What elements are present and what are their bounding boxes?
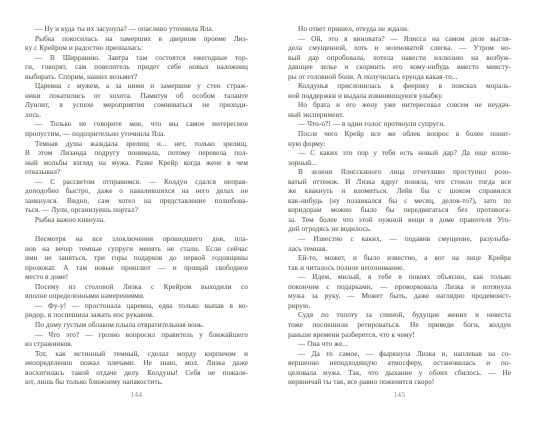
text-line: После чего Крейр все же облек вопрос в б… [288, 129, 511, 139]
text-line: — Что-о?! — в один голос протянули супру… [288, 119, 511, 129]
text-line: рирую. [288, 301, 511, 311]
text-line: ридор, и поспешила зажать нос рукавом. [25, 310, 248, 320]
text-line: Судя по топоту за спиной, будущие жених … [288, 310, 511, 320]
text-line: В зелени Ялисскиного лица отчетливо прос… [288, 167, 511, 177]
book-spread-scan: — Ну и куда ты их засунула? — опасливо у… [0, 0, 533, 424]
text-line: Рыбка важно кивнула. [25, 215, 248, 225]
text-line: — С каких это пор у тебя есть новый дар?… [288, 148, 511, 158]
text-line: — Да то самое, — фыркнула Лизка и, напле… [288, 349, 511, 359]
text-line: Рыбка покосилась на замерших в дверном п… [25, 34, 248, 44]
text-line: неопределенно пожал плечами. Не знаю, мо… [25, 358, 248, 368]
text-line: — Она что же... [288, 339, 511, 349]
text-line: пролежат. А там новые пришлют — и прощай… [25, 263, 248, 273]
text-line: ги, говорят, сам повелитель придет себе … [25, 62, 248, 72]
text-line: коридорам можно было бы передвигаться бе… [288, 205, 511, 215]
text-line: Ей-то, может, и было известно, а вот на … [288, 253, 511, 263]
text-line: дела смущенной, хоть и зеленоватой слегк… [288, 43, 511, 53]
text-line: лась темная. [288, 244, 511, 254]
text-line: ную форму: [288, 139, 511, 149]
text-line: доподобно быстро, даже о навалившихся на… [25, 186, 248, 196]
text-line: — Известно с каких, — подавив смущение, … [288, 234, 511, 244]
text-line: — В Ширранию. Завтра там состоятся ежего… [25, 53, 248, 63]
text-line: — Только не говорите мне, что мы самое и… [25, 119, 248, 129]
text-line: ры от головной боли. А получилась ерунда… [288, 72, 511, 82]
text-line: — Ой, это я виновата? — Ялисса на самом … [288, 34, 511, 44]
text-line: раньше времени разберется, что к чему! [288, 330, 511, 340]
text-line: выбирать. Спорим, наших возьмет? [25, 72, 248, 82]
right-page-text: Но ответ пришел, откуда не ждали.— Ой, э… [288, 24, 511, 387]
text-line: нов на вечер темные супруги менять не ст… [25, 244, 248, 254]
text-line: зорный... [288, 158, 511, 168]
text-line: дающее зелье и скормить его кому-нибудь … [288, 62, 511, 72]
text-line: заикнулся. Видно, сам хотел на представл… [25, 196, 248, 206]
text-line: В этом Лизанда подругу понимала, потому … [25, 148, 248, 158]
left-page-number: 144 [25, 391, 248, 399]
blank-line [25, 224, 248, 234]
text-line: По дому густым облаком плыла отвратитель… [25, 320, 248, 330]
text-line: из стражников. [25, 339, 248, 349]
text-line: Но ответ пришел, откуда не ждали. [288, 24, 511, 34]
text-line: — Ну и куда ты их засунула? — опасливо у… [25, 24, 248, 34]
text-line: ной поддержки и выдала извиняющуюся улыб… [288, 91, 511, 101]
text-line: место в доме! [25, 272, 248, 282]
text-line: так и читалось полное непонимание. [288, 263, 511, 273]
text-line: Тот, как истинный темный, сделал морду к… [25, 349, 248, 359]
text-line: пропустим, — подозрительно уточнила Яла. [25, 129, 248, 139]
text-line: мужа за руку. — Может быть, даже наглядн… [288, 291, 511, 301]
text-line: лось. [25, 110, 248, 120]
text-line: целовала мужа. Так, что дыхание у обоих … [288, 368, 511, 378]
text-line: вершенно неподходящую атмосферу, останов… [288, 358, 511, 368]
text-line: тоже поспешили ретироваться. Не приведи … [288, 320, 511, 330]
left-page-text: — Ну и куда ты их засунула? — опасливо у… [25, 24, 248, 387]
text-line: нервничай ты так, все равно поженятся ск… [288, 377, 511, 387]
text-line: дий отродясь не водилось. [288, 224, 511, 234]
text-line: ими не заняться, три горы подарков до пе… [25, 253, 248, 263]
text-line: же квакнуть и вломиться. Лейв бы с шоком… [288, 186, 511, 196]
text-line: вполне определенными намерениями. [25, 291, 248, 301]
text-line: Несмотря на все злоключения прошедшего д… [25, 234, 248, 244]
text-line: ют, лишь бы только ближнему напакостить. [25, 377, 248, 387]
text-line: Посему из столовой Лизка с Крейром выход… [25, 282, 248, 292]
right-page-number: 145 [288, 391, 511, 399]
text-line: восхитилась такой отдаче делу. Колдуны! … [25, 368, 248, 378]
text-line: Но брата и его жену уже интересовал совс… [288, 100, 511, 110]
text-line: ный эксперимент. [288, 110, 511, 120]
text-line: — Идем, милый, я тебе в покоях объясню, … [288, 272, 511, 282]
text-line: ный мольбы взгляд на мужа. Разве Крейр к… [25, 158, 248, 168]
text-line: — С рассветом отправимся. — Колдун сдалс… [25, 177, 248, 187]
text-line: ться. — Лули, организуешь портал? [25, 205, 248, 215]
text-line: Луилит, в успехе мероприятия сомневаться… [25, 100, 248, 110]
text-line: покончим с подарками, — проворковала Лиз… [288, 282, 511, 292]
text-line: — Фу-у! — простонала царевна, едва тольк… [25, 301, 248, 311]
text-line: отказывал? [25, 167, 248, 177]
text-line: — Что это? — грозно вопросил правитель у… [25, 330, 248, 340]
text-line: как-нибудь (ну позаикался бы с месяц, де… [288, 196, 511, 206]
text-line: Темная душа жаждала зрелищ и... нет, тол… [25, 139, 248, 149]
text-line: ники покатились от хохота. Памятуя об ос… [25, 91, 248, 101]
text-line: вый дар опробовала, хотела навести иллюз… [288, 53, 511, 63]
text-line: ватый оттенок. И Лизка вдруг поняла, что… [288, 177, 511, 187]
text-line: за. Тем более что этой нужной вещи в дом… [288, 215, 511, 225]
text-line: ку с Крейром и радостно призналась: [25, 43, 248, 53]
text-line: Царевна с мужем, а за ними и замершие у … [25, 81, 248, 91]
text-line: Колдунья прислонилась к феерику в поиска… [288, 81, 511, 91]
